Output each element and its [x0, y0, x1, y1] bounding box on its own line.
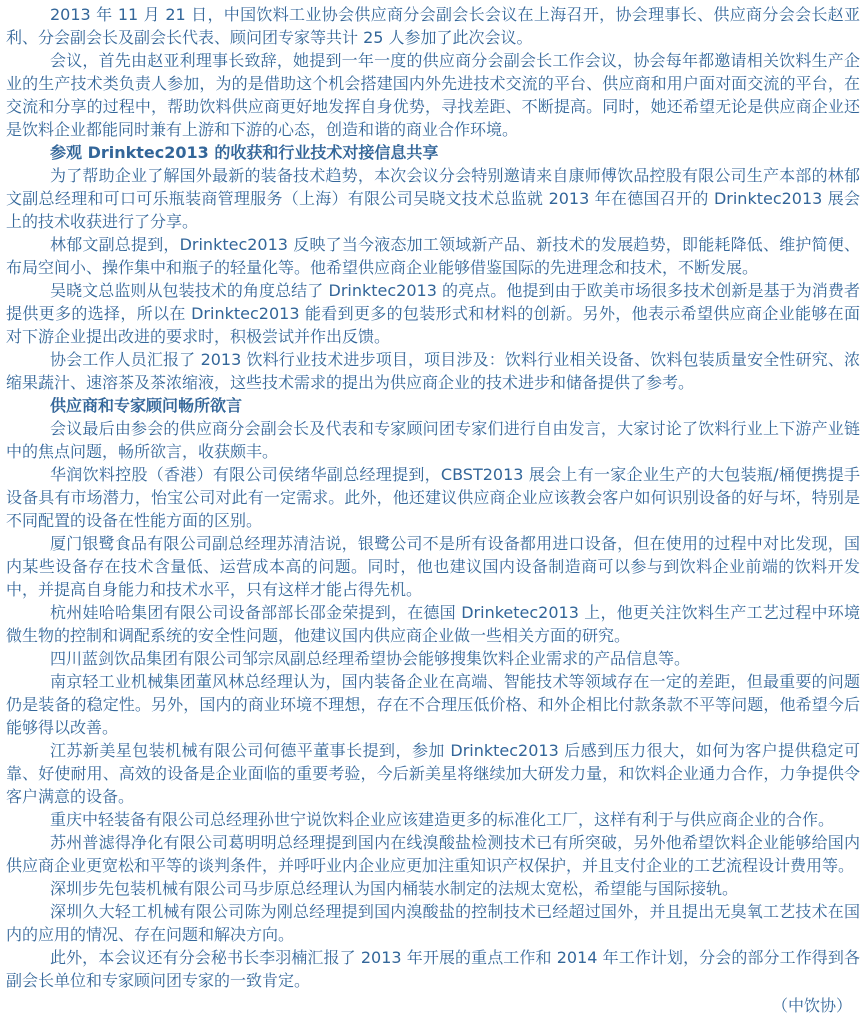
- paragraph: 重庆中轻装备有限公司总经理孙世宁说饮料企业应该建造更多的标准化工厂，这样有利于与…: [6, 808, 860, 831]
- paragraph: 会议最后由参会的供应商分会副会长及代表和专家顾问团专家们进行自由发言，大家讨论了…: [6, 417, 860, 463]
- paragraph: 吴晓文总监则从包装技术的角度总结了 Drinktec2013 的亮点。他提到由于…: [6, 279, 860, 348]
- paragraph: 林郁文副总提到，Drinktec2013 反映了当今液态加工领域新产品、新技术的…: [6, 233, 860, 279]
- paragraph: 协会工作人员汇报了 2013 饮料行业技术进步项目，项目涉及：饮料行业相关设备、…: [6, 348, 860, 394]
- article-body: 2013 年 11 月 21 日，中国饮料工业协会供应商分会副会长会议在上海召开…: [0, 0, 868, 1017]
- section-heading: 供应商和专家顾问畅所欲言: [6, 394, 860, 417]
- paragraph: 华润饮料控股（香港）有限公司侯绪华副总经理提到，CBST2013 展会上有一家企…: [6, 463, 860, 532]
- section-heading: 参观 Drinktec2013 的收获和行业技术对接信息共享: [6, 141, 860, 164]
- paragraph: 四川蓝剑饮品集团有限公司邹宗凤副总经理希望协会能够搜集饮料企业需求的产品信息等。: [6, 647, 860, 670]
- paragraph: 苏州普滤得净化有限公司葛明明总经理提到国内在线溴酸盐检测技术已有所突破，另外他希…: [6, 831, 860, 877]
- paragraph: 深圳久大轻工机械有限公司陈为刚总经理提到国内溴酸盐的控制技术已经超过国外，并且提…: [6, 900, 860, 946]
- paragraph: 2013 年 11 月 21 日，中国饮料工业协会供应商分会副会长会议在上海召开…: [6, 3, 860, 49]
- paragraph: 厦门银鹭食品有限公司副总经理苏清洁说，银鹭公司不是所有设备都用进口设备，但在使用…: [6, 532, 860, 601]
- paragraph: 会议，首先由赵亚利理事长致辞，她提到一年一度的供应商分会副会长工作会议，协会每年…: [6, 49, 860, 141]
- signature-line: （中饮协）: [6, 994, 860, 1017]
- paragraph: 此外，本会议还有分会秘书长李羽楠汇报了 2013 年开展的重点工作和 2014 …: [6, 946, 860, 992]
- paragraph: 为了帮助企业了解国外最新的装备技术趋势，本次会议分会特别邀请来自康师傅饮品控股有…: [6, 164, 860, 233]
- paragraph: 江苏新美星包装机械有限公司何德平董事长提到，参加 Drinktec2013 后感…: [6, 739, 860, 808]
- paragraph: 深圳步先包装机械有限公司马步原总经理认为国内桶装水制定的法规太宽松，希望能与国际…: [6, 877, 860, 900]
- paragraph: 杭州娃哈哈集团有限公司设备部部长邵金荣提到，在德国 Drinketec2013 …: [6, 601, 860, 647]
- paragraph: 南京轻工业机械集团董风林总经理认为，国内装备企业在高端、智能技术等领域存在一定的…: [6, 670, 860, 739]
